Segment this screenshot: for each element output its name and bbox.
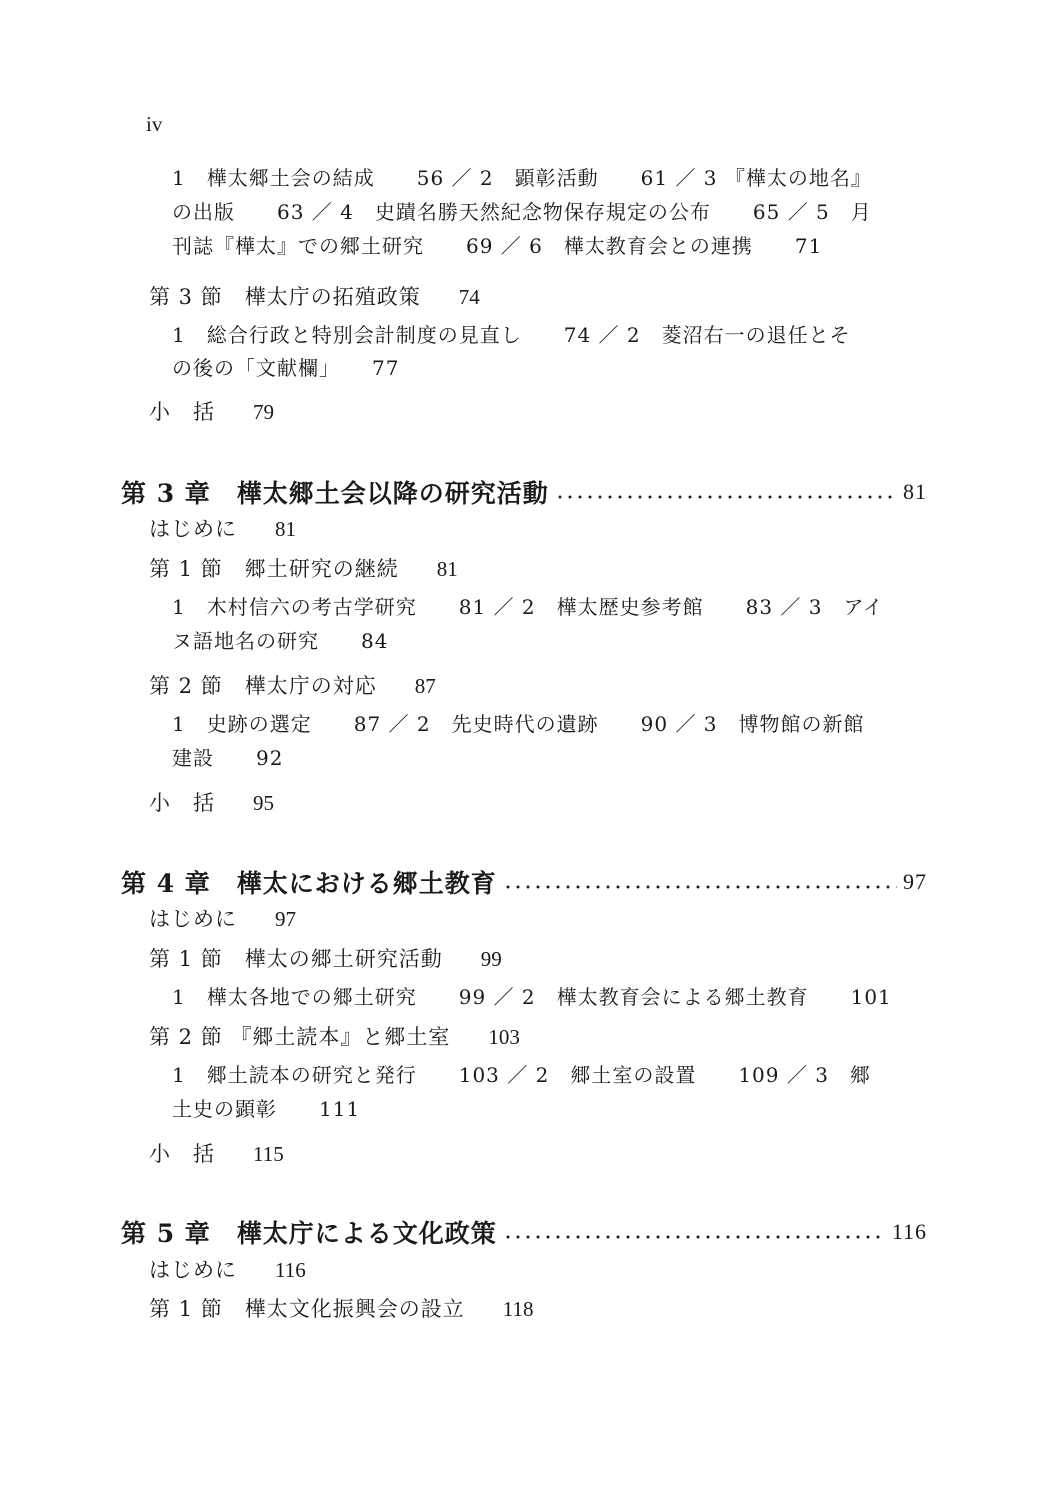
toc-subitems-line: 土史の顕彰 111 bbox=[172, 1094, 360, 1124]
section-page: 99 bbox=[481, 947, 502, 971]
section-page: 79 bbox=[253, 400, 274, 424]
toc-subitems-line: ヌ語地名の研究 84 bbox=[172, 626, 388, 656]
section-page: 118 bbox=[503, 1297, 534, 1321]
toc-section[interactable]: 第 1 節 樺太文化振興会の設立118 bbox=[149, 1294, 533, 1324]
section-title: 小 括 bbox=[149, 400, 215, 424]
section-title: 第 1 節 樺太の郷土研究活動 bbox=[149, 947, 443, 971]
toc-subitems-line: 1 樺太各地での郷土研究 99 ／ 2 樺太教育会による郷土教育 101 bbox=[172, 982, 892, 1012]
section-title: はじめに bbox=[149, 517, 237, 541]
section-page: 115 bbox=[253, 1142, 284, 1166]
dot-leader bbox=[555, 495, 897, 499]
toc-section[interactable]: はじめに116 bbox=[149, 1255, 306, 1285]
toc-section[interactable]: 第 1 節 樺太の郷土研究活動99 bbox=[149, 944, 502, 974]
toc-section[interactable]: 第 3 節 樺太庁の拓殖政策74 bbox=[149, 282, 480, 312]
toc-subitems-line: 1 木村信六の考古学研究 81 ／ 2 樺太歴史参考館 83 ／ 3 アイ bbox=[172, 592, 884, 622]
chapter-title: 第 5 章 樺太庁による文化政策 bbox=[121, 1214, 497, 1250]
section-page: 81 bbox=[437, 557, 458, 581]
dot-leader bbox=[503, 1235, 886, 1239]
toc-section[interactable]: 第 1 節 郷土研究の継続81 bbox=[149, 554, 458, 584]
page-number: iv bbox=[146, 112, 162, 137]
chapter-page: 81 bbox=[903, 479, 927, 505]
section-title: 小 括 bbox=[149, 791, 215, 815]
section-title: はじめに bbox=[149, 907, 237, 931]
toc-subitems-line: 刊誌『樺太』での郷土研究 69 ／ 6 樺太教育会との連携 71 bbox=[172, 231, 822, 261]
chapter-title: 第 3 章 樺太郷土会以降の研究活動 bbox=[121, 474, 549, 510]
section-page: 116 bbox=[275, 1258, 306, 1282]
toc-section[interactable]: はじめに97 bbox=[149, 904, 296, 934]
section-title: 第 3 節 樺太庁の拓殖政策 bbox=[149, 285, 421, 309]
toc-chapter-5[interactable]: 第 5 章 樺太庁による文化政策 116 bbox=[121, 1214, 927, 1250]
toc-subitems-line: 建設 92 bbox=[172, 743, 283, 773]
toc-subitems-line: 1 史跡の選定 87 ／ 2 先史時代の遺跡 90 ／ 3 博物館の新館 bbox=[172, 709, 865, 739]
toc-chapter-4[interactable]: 第 4 章 樺太における郷土教育 97 bbox=[121, 864, 927, 900]
section-page: 103 bbox=[488, 1025, 520, 1049]
section-page: 97 bbox=[275, 907, 296, 931]
chapter-page: 116 bbox=[892, 1219, 927, 1245]
toc-section[interactable]: 小 括79 bbox=[149, 397, 274, 427]
toc-subitems-line: の出版 63 ／ 4 史蹟名勝天然紀念物保存規定の公布 65 ／ 5 月 bbox=[172, 197, 872, 227]
toc-subitems-line: 1 総合行政と特別会計制度の見直し 74 ／ 2 菱沼右一の退任とそ bbox=[172, 320, 851, 350]
toc-section[interactable]: はじめに81 bbox=[149, 514, 296, 544]
chapter-title: 第 4 章 樺太における郷土教育 bbox=[121, 864, 497, 900]
section-page: 95 bbox=[253, 791, 274, 815]
section-title: 第 2 節 樺太庁の対応 bbox=[149, 674, 377, 698]
section-title: はじめに bbox=[149, 1258, 237, 1282]
section-title: 第 1 節 郷土研究の継続 bbox=[149, 557, 399, 581]
toc-subitems-line: 1 樺太郷土会の結成 56 ／ 2 顕彰活動 61 ／ 3 『樺太の地名』 bbox=[172, 163, 872, 193]
section-page: 74 bbox=[459, 285, 480, 309]
chapter-page: 97 bbox=[903, 869, 927, 895]
toc-subitems-line: 1 郷土読本の研究と発行 103 ／ 2 郷土室の設置 109 ／ 3 郷 bbox=[172, 1060, 871, 1090]
section-page: 87 bbox=[415, 674, 436, 698]
dot-leader bbox=[503, 885, 897, 889]
toc-chapter-3[interactable]: 第 3 章 樺太郷土会以降の研究活動 81 bbox=[121, 474, 927, 510]
toc-section[interactable]: 小 括115 bbox=[149, 1139, 284, 1169]
toc-section[interactable]: 第 2 節 『郷土読本』と郷土室103 bbox=[149, 1022, 520, 1052]
toc-subitems-line: の後の「文献欄」 77 bbox=[172, 353, 399, 383]
section-title: 第 1 節 樺太文化振興会の設立 bbox=[149, 1297, 465, 1321]
toc-section[interactable]: 小 括95 bbox=[149, 788, 274, 818]
section-title: 第 2 節 『郷土読本』と郷土室 bbox=[149, 1025, 450, 1049]
toc-section[interactable]: 第 2 節 樺太庁の対応87 bbox=[149, 671, 436, 701]
section-page: 81 bbox=[275, 517, 296, 541]
section-title: 小 括 bbox=[149, 1142, 215, 1166]
